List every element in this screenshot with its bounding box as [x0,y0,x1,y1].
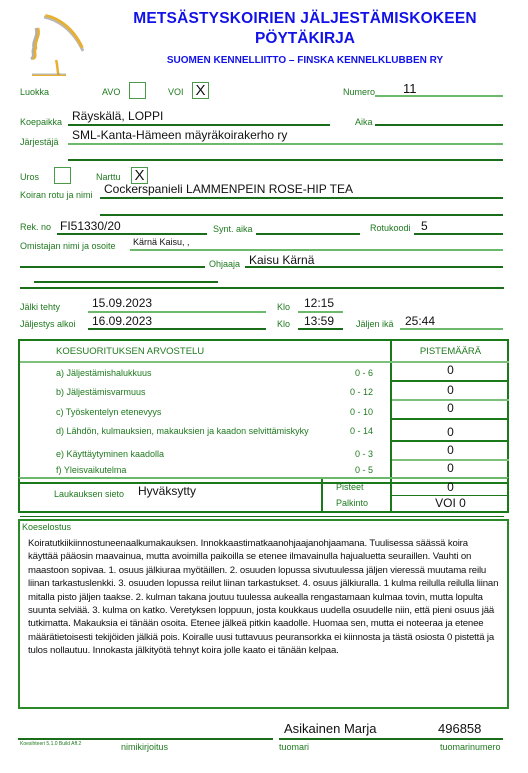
organizer-label: Järjestäjä [20,137,59,147]
track-start-date[interactable]: 16.09.2023 [92,314,152,328]
score-value-e[interactable]: 0 [392,443,509,457]
score-item-label: d) Lähdön, kulmauksien, makauksien ja ka… [56,426,309,436]
track-start-label: Jäljestys alkoi [20,319,76,329]
dog-field[interactable]: Cockerspanieli LAMMENPEIN ROSE-HIP TEA [104,182,353,196]
score-value-a[interactable]: 0 [392,363,509,377]
judge-number-label: tuomarinumero [440,742,501,752]
judge-label: tuomari [279,742,309,752]
prize-value[interactable]: VOI 0 [392,496,509,510]
scoring-header: KOESUORITUKSEN ARVOSTELU [56,346,204,357]
birth-date-label: Synt. aika [213,224,253,234]
number-label: Numero [343,87,375,97]
track-start-clock-label: Klo [277,319,290,329]
registration-field[interactable]: FI51330/20 [60,219,121,233]
form-subtitle: SUOMEN KENNELLIITTO – FINSKA KENNELKLUBB… [120,55,490,66]
scoring-table: KOESUORITUKSEN ARVOSTELU PISTEMÄÄRÄ a) J… [18,339,509,484]
avo-label: AVO [102,87,120,97]
result-box: Laukauksen sieto Hyväksytty Pisteet Palk… [18,477,509,513]
track-age-field[interactable]: 25:44 [405,314,435,328]
form-title: METSÄSTYSKOIRIEN JÄLJESTÄMISKOKEEN [120,10,490,28]
handler-label: Ohjaaja [209,259,240,269]
software-version: Koesihteeri 5.1.0 Build Aff.2 [20,741,81,747]
number-field[interactable]: 11 [403,81,417,96]
gunshot-value[interactable]: Hyväksytty [138,484,196,498]
score-value-f[interactable]: 0 [392,461,509,475]
score-item-label: a) Jäljestämishalukkuus [56,368,152,378]
organizer-field[interactable]: SML-Kanta-Hämeen mäyräkoirakerho ry [72,128,287,142]
total-value[interactable]: 0 [392,480,509,494]
owner-field[interactable]: Kärnä Kaisu, , [133,237,190,247]
description-box: Koeselostus Koiratutkiikiinnostuneenaalk… [18,519,509,709]
handler-field[interactable]: Kaisu Kärnä [249,253,314,267]
female-label: Narttu [96,172,121,182]
total-label: Pisteet [336,482,364,492]
track-start-time[interactable]: 13:59 [304,314,334,328]
owner-label: Omistajan nimi ja osoite [20,241,116,251]
prize-label: Palkinto [336,498,368,508]
score-value-b[interactable]: 0 [392,383,509,397]
score-item-range: 0 - 12 [350,387,373,397]
score-item-range: 0 - 14 [350,426,373,436]
voi-checkbox[interactable]: X [192,82,209,99]
gunshot-label: Laukauksen sieto [54,489,124,499]
score-item-range: 0 - 10 [350,407,373,417]
male-checkbox[interactable] [54,167,71,184]
description-label: Koeselostus [22,522,71,532]
venue-label: Koepaikka [20,117,62,127]
score-item-range: 0 - 6 [355,368,373,378]
breed-code-label: Rotukoodi [370,223,411,233]
track-made-label: Jälki tehty [20,302,60,312]
score-item-label: f) Yleisvaikutelma [56,465,126,475]
male-label: Uros [20,172,39,182]
voi-label: VOI [168,87,184,97]
description-text[interactable]: Koiratutkiikiinnostuneenaalkumakauksen. … [28,537,500,658]
kennel-club-logo [14,6,84,76]
judge-number[interactable]: 496858 [438,721,481,736]
score-item-label: b) Jäljestämisvarmuus [56,387,146,397]
class-label: Luokka [20,87,49,97]
signature-label: nimikirjoitus [121,742,168,752]
score-item-range: 0 - 5 [355,465,373,475]
score-item-label: e) Käyttäytyminen kaadolla [56,449,164,459]
form-title-line2: PÖYTÄKIRJA [120,30,490,48]
score-item-label: c) Työskentelyn etenevyys [56,407,161,417]
avo-checkbox[interactable] [129,82,146,99]
track-made-clock-label: Klo [277,302,290,312]
score-value-c[interactable]: 0 [392,401,509,415]
registration-label: Rek. no [20,222,51,232]
venue-field[interactable]: Räyskälä, LOPPI [72,109,163,123]
judge-name[interactable]: Asikainen Marja [284,721,377,736]
dog-head-logo-icon [14,6,84,76]
track-made-time[interactable]: 12:15 [304,296,334,310]
score-value-d[interactable]: 0 [392,425,509,439]
dog-label: Koiran rotu ja nimi [20,190,93,200]
breed-code-field[interactable]: 5 [421,219,428,233]
time-label: Aika [355,117,373,127]
points-header: PISTEMÄÄRÄ [392,346,509,357]
track-made-date[interactable]: 15.09.2023 [92,296,152,310]
track-age-label: Jäljen ikä [356,319,394,329]
score-item-range: 0 - 3 [355,449,373,459]
